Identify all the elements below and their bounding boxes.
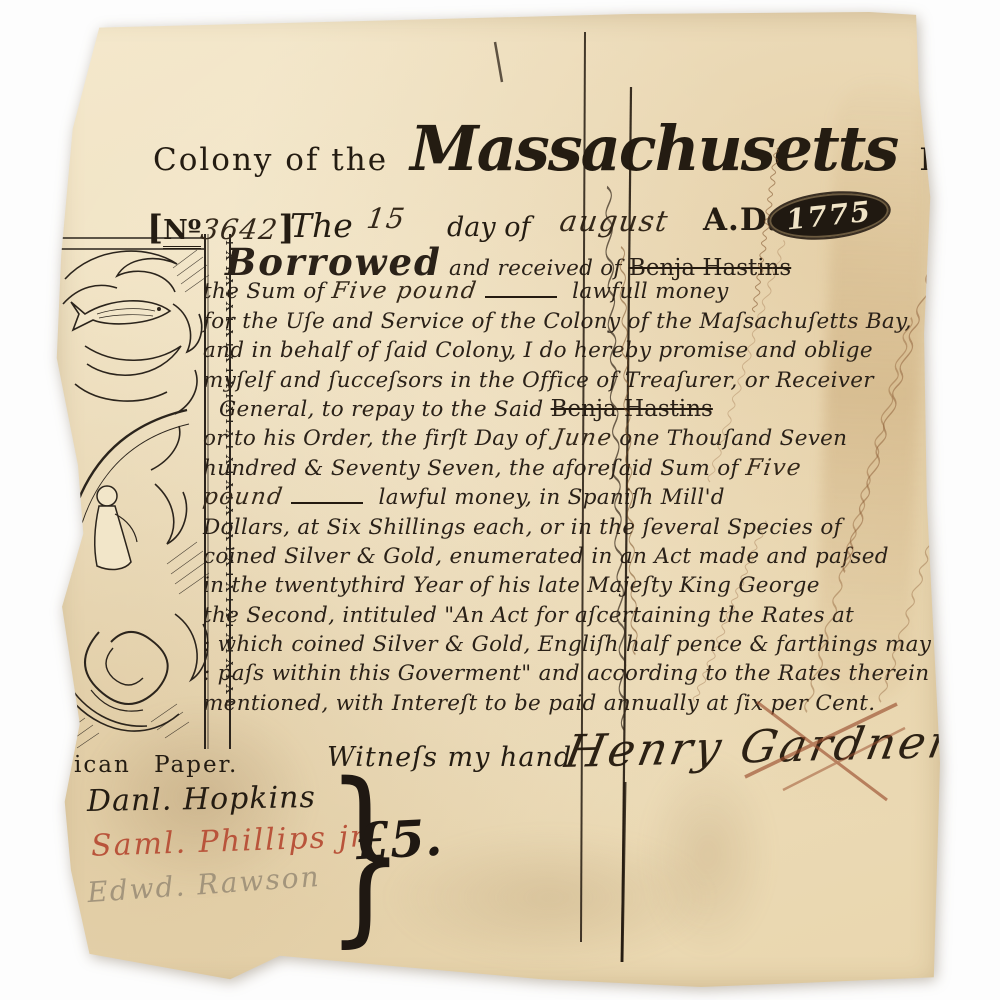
printed-text: for the Uſe and Service of the Colony of… — [203, 309, 912, 334]
stain — [643, 752, 773, 957]
printed-text: myſelf and ſucceſsors in the Office of T… — [203, 368, 874, 393]
handwritten-text: pound — [201, 483, 286, 512]
paper-maker-note: rican Paper. — [61, 752, 238, 778]
handwritten-text: Five pound — [330, 277, 479, 306]
printed-text: : which coined Silver & Gold, Engliſh ha… — [203, 632, 931, 657]
bracket-open: [ — [147, 208, 163, 248]
printed-text: or to his Order, the firſt Day of — [203, 426, 554, 451]
body-line: Dollars, at Six Shillings each, or in th… — [203, 513, 903, 542]
signature-henry-gardner: Henry Gardner — [561, 715, 958, 778]
body-line: in the twentythird Year of his late Maje… — [203, 571, 903, 600]
amount-five-pounds: £5. — [354, 808, 444, 871]
top-tick-mark — [495, 42, 502, 82]
number-label: Nº — [163, 215, 201, 249]
body-line: : paſs within this Goverment" and accord… — [203, 659, 903, 688]
printed-text: lawfull money — [565, 279, 729, 304]
printed-text: : paſs within this Goverment" and accord… — [203, 661, 929, 686]
body-line: the Sum of Five pound lawfull money — [203, 277, 903, 306]
blank-rule — [485, 285, 557, 299]
signature-hopkins: Danl. Hopkins — [87, 780, 316, 819]
printed-text: and in behalf of ſaid Colony, I do hereb… — [203, 338, 873, 363]
handwritten-text: June — [552, 424, 615, 453]
body-line: mentioned, with Intereſt to be paid annu… — [203, 689, 903, 718]
body-line: : which coined Silver & Gold, Engliſh ha… — [203, 630, 903, 659]
body-line: and in behalf of ſaid Colony, I do hereb… — [203, 336, 903, 365]
body-line: coined Silver & Gold, enumerated in an A… — [203, 542, 903, 571]
printed-text: Dollars, at Six Shillings each, or in th… — [203, 515, 842, 540]
date-day: 15 — [365, 202, 408, 235]
printed-text: the Sum of — [203, 279, 332, 304]
signature-rawson: Edwd. Rawson — [86, 860, 321, 909]
printed-text: General, to repay to the Said — [219, 397, 551, 422]
printed-text: mentioned, with Intereſt to be paid annu… — [203, 691, 875, 716]
header-colony-prefix: Colony of the — [153, 142, 388, 178]
document-paper-wrap: IXIXIXIXIXIXIXIXIXIXIXIXIXIXIXIXIXIXI — [55, 12, 940, 987]
printed-text: coined Silver & Gold, enumerated in an A… — [203, 544, 889, 569]
printed-text: lawful money, in Spaniſh Mill'd — [371, 485, 724, 510]
body-line: or to his Order, the firſt Day of June o… — [203, 424, 903, 453]
header: Colony of the Massachusetts Bay. — [153, 112, 1000, 185]
date-month: august — [558, 204, 672, 238]
printed-text: hundred & Seventy Seven, the aforeſaid S… — [203, 456, 746, 481]
body-line: for the Uſe and Service of the Colony of… — [203, 307, 903, 336]
date-dayof: day of — [447, 212, 530, 243]
body-lines: Borrowed and received of Benja Hastinsth… — [203, 248, 903, 718]
header-colony-name: Massachusetts — [402, 112, 905, 185]
body-line: hundred & Seventy Seven, the aforeſaid S… — [203, 454, 903, 483]
document-paper: IXIXIXIXIXIXIXIXIXIXIXIXIXIXIXIXIXIXI — [55, 12, 940, 987]
body-line: pound lawful money, in Spaniſh Mill'd — [203, 483, 903, 512]
printed-text: one Thouſand Seven — [612, 426, 847, 451]
printed-text: in the twentythird Year of his late Maje… — [203, 573, 820, 598]
handwritten-text: Five — [744, 454, 804, 483]
printed-text: the Second, intituled "An Act for aſcert… — [203, 603, 854, 628]
blank-rule — [291, 490, 363, 504]
body-line: myſelf and ſucceſsors in the Office of T… — [203, 366, 903, 395]
body-line: Borrowed and received of Benja Hastins — [225, 248, 903, 277]
handwritten-text: Benja Hastins — [551, 396, 713, 422]
header-colony-suffix: Bay. — [919, 142, 1000, 178]
year-oval: 1775 — [765, 186, 893, 246]
body-line: General, to repay to the Said Benja Hast… — [219, 395, 903, 424]
scan-background: IXIXIXIXIXIXIXIXIXIXIXIXIXIXIXIXIXIXI — [0, 0, 1000, 1000]
body-line: the Second, intituled "An Act for aſcert… — [203, 601, 903, 630]
